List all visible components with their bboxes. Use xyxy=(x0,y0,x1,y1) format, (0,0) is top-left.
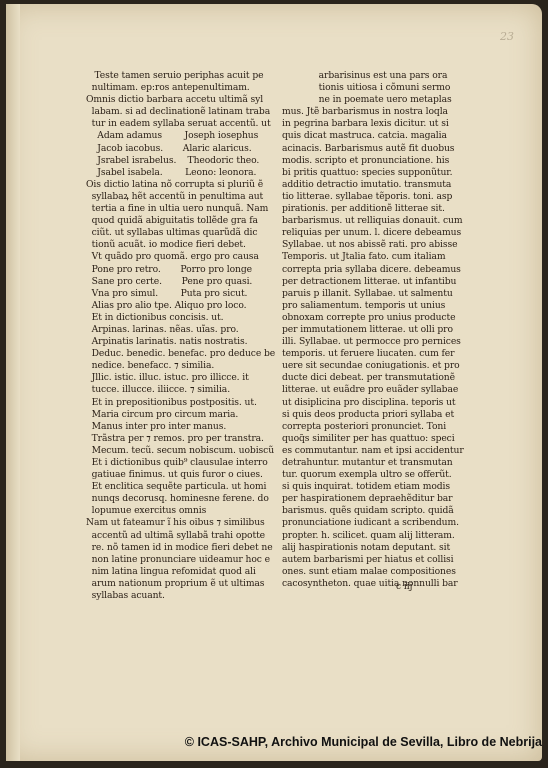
text-line: nunqs decorusq. hominesne ferene. do xyxy=(86,493,266,505)
manuscript-page: 23 Teste tamen seruio periphas acuit pe … xyxy=(6,4,542,761)
folio-number: 23 xyxy=(500,30,514,43)
text-line: nim latina lingua refomidat quod ali xyxy=(86,566,266,578)
text-line: barbarismus. ut relliquias donauit. cum xyxy=(282,215,462,227)
text-line: Temporis. ut Jtalia fato. cum italiam xyxy=(282,251,462,263)
text-line: labam. si ad declinationẽ latinam traba xyxy=(86,106,266,118)
text-line: es commutantur. nam et ipsi accidentur xyxy=(282,445,462,457)
text-line: syllabas acuant. xyxy=(86,590,266,602)
text-line: Omnis dictio barbara accetu ultimã syl xyxy=(86,94,266,106)
text-line: tio litterae. syllabae tẽporis. toni. as… xyxy=(282,191,462,203)
text-line: quis dicat mastruca. catcia. magalia xyxy=(282,130,462,142)
text-line: Jsabel isabela. Leono: leonora. xyxy=(86,167,266,179)
copyright-credit: © ICAS-SAHP, Archivo Municipal de Sevill… xyxy=(185,735,542,749)
text-line: alij haspirationis notam deputant. sit xyxy=(282,542,462,554)
text-line: illi. Syllabae. ut permocce pro pernices xyxy=(282,336,462,348)
text-line: Ois dictio latina nõ corrupta si pluriũ … xyxy=(86,179,266,191)
text-line: in pegrina barbara lexis dicitur. ut si xyxy=(282,118,462,130)
text-line: pronunciatione iudicant a scribendum. xyxy=(282,517,462,529)
text-line: Arpinas. larinas. nẽas. uĩas. pro. xyxy=(86,324,266,336)
text-line: si quis deos producta priori syllaba et xyxy=(282,409,462,421)
text-line: Pone pro retro. Porro pro longe xyxy=(86,264,266,276)
text-line: detrahuntur. mutantur et transmutan xyxy=(282,457,462,469)
text-line: Et i dictionibus quib⁹ clausulae interro xyxy=(86,457,266,469)
text-line: barismus. quẽs quidam scripto. quidã xyxy=(282,505,462,517)
text-line: Sane pro certe. Pene pro quasi. xyxy=(86,276,266,288)
text-line: reliquias per unum. l. dicere debeamus xyxy=(282,227,462,239)
text-line: Et in prepositionibus postpositis. ut. xyxy=(86,397,266,409)
text-line: per detractionem litterae. ut infantibu xyxy=(282,276,462,288)
text-line: additio detractio imutatio. transmuta xyxy=(282,179,462,191)
text-line: gatiuae finimus. ut quis furor o ciues. xyxy=(86,469,266,481)
text-line: Alias pro alio tpe. Aliquo pro loco. xyxy=(86,300,266,312)
text-line: tertia a fine in ultia uero nunquã. Nam xyxy=(86,203,266,215)
text-line: cacosyntheton. quae uitia nonnulli bar xyxy=(282,578,462,590)
text-line: Deduc. benedic. benefac. pro deduce be xyxy=(86,348,266,360)
text-line: autem barbarismi per hiatus et collisi xyxy=(282,554,462,566)
text-line: Teste tamen seruio periphas acuit pe xyxy=(86,70,266,82)
text-line: tur in eadem syllaba seruat accentũ. ut xyxy=(86,118,266,130)
text-line: tucce. illucce. iliicce. ⁊ similia. xyxy=(86,384,266,396)
page-gutter xyxy=(6,4,20,761)
text-line: nedice. benefacc. ⁊ similia. xyxy=(86,360,266,372)
text-line: correpta pria syllaba dicere. debeamus xyxy=(282,264,462,276)
text-line: Mecum. tecũ. secum nobiscum. uobiscũ xyxy=(86,445,266,457)
text-line: Et enclitica sequẽte particula. ut homi xyxy=(86,481,266,493)
text-line: Syllabae. ut nos abissẽ rati. pro abisse xyxy=(282,239,462,251)
text-line: Jacob iacobus. Alaric alaricus. xyxy=(86,143,266,155)
text-line: pirationis. per additionẽ litterae sit. xyxy=(282,203,462,215)
text-line: per haspirationem depraehẽditur bar xyxy=(282,493,462,505)
text-line: arbarisinus est una pars ora xyxy=(282,70,462,82)
text-line: Arpinatis larinatis. natis nostratis. xyxy=(86,336,266,348)
text-line: Et in dictionibus concisis. ut. xyxy=(86,312,266,324)
text-line: nultimam. ep:ros antepenultimam. xyxy=(86,82,266,94)
text-line: temporis. ut feruere liucaten. cum fer xyxy=(282,348,462,360)
text-line: quod quidã abiguitatis tollẽde gra fa xyxy=(86,215,266,227)
signature-mark: c iij xyxy=(396,582,412,592)
text-line: Maria circum pro circum maria. xyxy=(86,409,266,421)
text-line: tionũ acuãt. io modice fieri debet. xyxy=(86,239,266,251)
text-line: propter. h. scilicet. quam alij litteram… xyxy=(282,530,462,542)
right-text-column: arbarisinus est una pars ora tionis uiti… xyxy=(282,70,462,590)
text-line: ciũt. ut syllabas ultimas quarũdã dic xyxy=(86,227,266,239)
text-line: mus. Jtẽ barbarismus in nostra loqla xyxy=(282,106,462,118)
text-line: uere sit secundae coniugationis. et pro xyxy=(282,360,462,372)
left-text-column: Teste tamen seruio periphas acuit pe nul… xyxy=(86,70,266,602)
text-line: modis. scripto et pronunciatione. his xyxy=(282,155,462,167)
text-line: tur. quorum exempla ultro se offerũt. xyxy=(282,469,462,481)
text-line: non latine pronunciare uideamur hoc e xyxy=(86,554,266,566)
text-line: Adam adamus Joseph iosephus xyxy=(86,130,266,142)
text-line: arum nationum proprium ẽ ut ultimas xyxy=(86,578,266,590)
text-line: acinacis. Barbarismus autẽ fit duobus xyxy=(282,143,462,155)
text-line: Jllic. istic. illuc. istuc. pro illicce.… xyxy=(86,372,266,384)
text-line: ones. sunt etiam malae compositiones xyxy=(282,566,462,578)
text-line: accentũ ad ultimã syllabã trahi opotte xyxy=(86,530,266,542)
text-line: ut disiplicina pro disciplina. teporis u… xyxy=(282,397,462,409)
text-line: Manus inter pro inter manus. xyxy=(86,421,266,433)
text-line: tionis uitiosa i cõmuni sermo xyxy=(282,82,462,94)
text-line: ducte dici debeat. per transmutationẽ xyxy=(282,372,462,384)
text-line: syllabaꝝ hẽt accentũ in penultima aut xyxy=(86,191,266,203)
text-line: per immutationem litterae. ut olli pro xyxy=(282,324,462,336)
text-line: re. nõ tamen id in modice fieri debet ne xyxy=(86,542,266,554)
text-line: Jsrabel israbelus. Theodoric theo. xyxy=(86,155,266,167)
text-line: Vt quãdo pro quomã. ergo pro causa xyxy=(86,251,266,263)
text-line: si quis inquirat. totidem etiam modis xyxy=(282,481,462,493)
text-line: litterae. ut euãdre pro euãder syllabae xyxy=(282,384,462,396)
text-line: pro saliamentum. temporis ut unius xyxy=(282,300,462,312)
text-line: ne in poemate uero metaplas xyxy=(282,94,462,106)
text-line: correpta posteriori pronunciet. Toni xyxy=(282,421,462,433)
text-line: bi pritis quattuo: species supponũtur. xyxy=(282,167,462,179)
text-line: quoq̃s similiter per has quattuo: speci xyxy=(282,433,462,445)
text-line: lopumue exercitus omnis xyxy=(86,505,266,517)
text-line: Trãstra per ⁊ remos. pro per transtra. xyxy=(86,433,266,445)
text-line: paruis p illanit. Syllabae. ut salmentu xyxy=(282,288,462,300)
text-line: Vna pro simul. Puta pro sicut. xyxy=(86,288,266,300)
text-line: obnoxam correpte pro unius producte xyxy=(282,312,462,324)
text-line: Nam ut fateamur ĩ his oibus ⁊ similibus xyxy=(86,517,266,529)
